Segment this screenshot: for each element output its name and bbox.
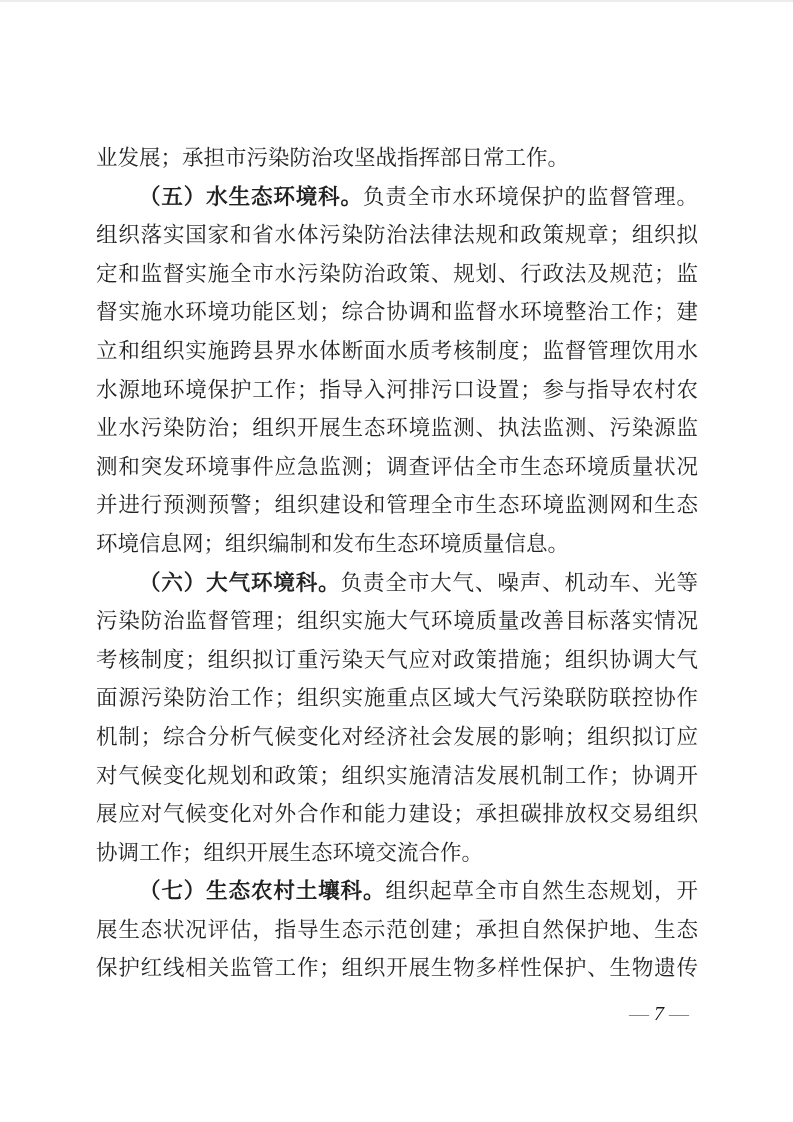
text-line-body: 业水污染防治；组织开展生态环境监测、执法监测、污染源监	[96, 416, 698, 440]
text-line: 对气候变化规划和政策；组织实施清洁发展机制工作；协调开	[96, 757, 698, 796]
text-line-body: 污染防治监督管理；组织实施大气环境质量改善目标落实情况	[96, 609, 698, 633]
section-heading: （六）大气环境科。	[139, 571, 341, 595]
text-line-body: 展生态状况评估，指导生态示范创建；承担自然保护地、生态	[96, 918, 698, 942]
text-line-body: 考核制度；组织拟订重污染天气应对政策措施；组织协调大气	[96, 648, 698, 672]
text-line-body: 机制；综合分析气候变化对经济社会发展的影响；组织拟订应	[96, 725, 698, 749]
text-line: 环境信息网；组织编制和发布生态环境质量信息。	[96, 525, 698, 564]
text-line: 展应对气候变化对外合作和能力建设；承担碳排放权交易组织	[96, 795, 698, 834]
text-line: 组织落实国家和省水体污染防治法律法规和政策规章；组织拟	[96, 216, 698, 255]
text-line-body: 定和监督实施全市水污染防治政策、规划、行政法及规范；监	[96, 262, 698, 286]
text-line: 考核制度；组织拟订重污染天气应对政策措施；组织协调大气	[96, 641, 698, 680]
text-line-body: 业发展；承担市污染防治攻坚战指挥部日常工作。	[96, 146, 569, 170]
text-line-body: 协调工作；组织开展生态环境交流合作。	[96, 841, 483, 865]
page-number-dash: —	[624, 1003, 654, 1025]
page-number-dash: —	[664, 1003, 694, 1025]
text-line: 保护红线相关监管工作；组织开展生物多样性保护、生物遗传	[96, 949, 698, 988]
text-line-body: 水源地环境保护工作；指导入河排污口设置；参与指导农村农	[96, 378, 698, 402]
page-number: —7—	[624, 1002, 694, 1026]
text-line: 定和监督实施全市水污染防治政策、规划、行政法及规范；监	[96, 255, 698, 294]
section-heading: （五）水生态环境科。	[139, 185, 363, 209]
text-line-body: 展应对气候变化对外合作和能力建设；承担碳排放权交易组织	[96, 802, 698, 826]
text-line-body: 组织落实国家和省水体污染防治法律法规和政策规章；组织拟	[96, 223, 698, 247]
text-line: 督实施水环境功能区划；综合协调和监督水环境整治工作；建	[96, 293, 698, 332]
text-line-body: 组织起草全市自然生态规划，开	[385, 879, 698, 903]
text-line: 展生态状况评估，指导生态示范创建；承担自然保护地、生态	[96, 911, 698, 950]
text-line-body: 立和组织实施跨县界水体断面水质考核制度；监督管理饮用水	[96, 339, 698, 363]
document-page: 业发展；承担市污染防治攻坚战指挥部日常工作。 （五）水生态环境科。负责全市水环境…	[0, 0, 793, 1122]
text-line-body: 面源污染防治工作；组织实施重点区域大气污染联防联控协作	[96, 686, 698, 710]
text-line: 立和组织实施跨县界水体断面水质考核制度；监督管理饮用水	[96, 332, 698, 371]
text-line: 协调工作；组织开展生态环境交流合作。	[96, 834, 698, 873]
text-line: （七）生态农村土壤科。组织起草全市自然生态规划，开	[96, 872, 698, 911]
text-line: 机制；综合分析气候变化对经济社会发展的影响；组织拟订应	[96, 718, 698, 757]
text-line: 水源地环境保护工作；指导入河排污口设置；参与指导农村农	[96, 371, 698, 410]
text-line: （五）水生态环境科。负责全市水环境保护的监督管理。	[96, 178, 698, 217]
text-line-body: 负责全市大气、噪声、机动车、光等	[341, 571, 698, 595]
text-line-body: 环境信息网；组织编制和发布生态环境质量信息。	[96, 532, 569, 556]
page-number-value: 7	[654, 1003, 664, 1025]
text-line: 面源污染防治工作；组织实施重点区域大气污染联防联控协作	[96, 679, 698, 718]
scan-edge	[0, 0, 793, 2]
text-line-body: 对气候变化规划和政策；组织实施清洁发展机制工作；协调开	[96, 764, 698, 788]
text-line-body: 并进行预测预警；组织建设和管理全市生态环境监测网和生态	[96, 493, 698, 517]
text-line: 污染防治监督管理；组织实施大气环境质量改善目标落实情况	[96, 602, 698, 641]
text-line-body: 测和突发环境事件应急监测；调查评估全市生态环境质量状况	[96, 455, 698, 479]
document-body: 业发展；承担市污染防治攻坚战指挥部日常工作。 （五）水生态环境科。负责全市水环境…	[96, 139, 698, 988]
text-line-body: 保护红线相关监管工作；组织开展生物多样性保护、生物遗传	[96, 956, 698, 980]
text-line-body: 负责全市水环境保护的监督管理。	[363, 185, 698, 209]
text-line: （六）大气环境科。负责全市大气、噪声、机动车、光等	[96, 564, 698, 603]
text-line-body: 督实施水环境功能区划；综合协调和监督水环境整治工作；建	[96, 300, 698, 324]
text-line: 业水污染防治；组织开展生态环境监测、执法监测、污染源监	[96, 409, 698, 448]
section-heading: （七）生态农村土壤科。	[139, 879, 385, 903]
text-line: 并进行预测预警；组织建设和管理全市生态环境监测网和生态	[96, 486, 698, 525]
text-line: 业发展；承担市污染防治攻坚战指挥部日常工作。	[96, 139, 698, 178]
text-line: 测和突发环境事件应急监测；调查评估全市生态环境质量状况	[96, 448, 698, 487]
